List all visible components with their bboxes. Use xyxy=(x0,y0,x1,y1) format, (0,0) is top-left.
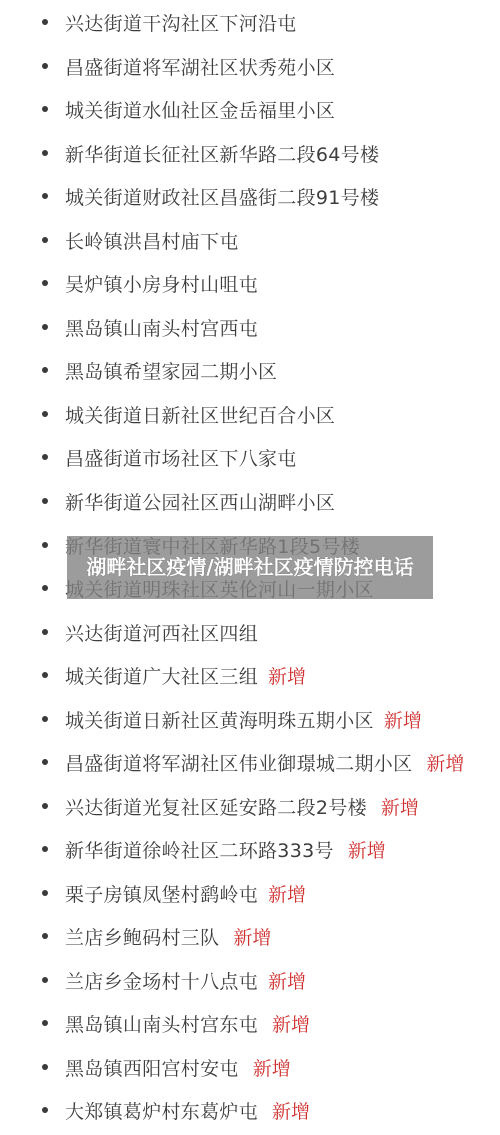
new-badge: 新增 xyxy=(268,880,306,907)
list-item-text: 兴达街道光复社区延安路二段2号楼 xyxy=(65,793,367,820)
bullet-icon xyxy=(42,672,48,678)
list-item-text: 兰店乡金场村十八点屯 xyxy=(65,967,258,994)
bullet-icon xyxy=(42,977,48,983)
list-item: 栗子房镇凤堡村鹞岭屯新增 xyxy=(40,878,306,908)
list-item: 兴达街道光复社区延安路二段2号楼新增 xyxy=(40,791,419,821)
bullet-icon xyxy=(42,193,48,199)
list-item-text: 黑岛镇西阳宫村安屯 xyxy=(65,1054,239,1081)
list-item: 昌盛街道将军湖社区状秀苑小区 xyxy=(40,51,335,81)
list-item: 城关街道广大社区三组新增 xyxy=(40,660,306,690)
bullet-icon xyxy=(42,542,48,548)
bullet-icon xyxy=(42,890,48,896)
list-item-text: 长岭镇洪昌村庙下屯 xyxy=(65,227,239,254)
bullet-icon xyxy=(42,367,48,373)
list-item-text: 新华街道公园社区西山湖畔小区 xyxy=(65,488,335,515)
bullet-icon xyxy=(42,933,48,939)
list-item-text: 城关街道广大社区三组 xyxy=(65,662,258,689)
list-item-text: 兴达街道干沟社区下河沿屯 xyxy=(65,9,297,36)
list-item: 黑岛镇山南头村宫西屯 xyxy=(40,312,258,342)
list-item: 吴炉镇小房身村山咀屯 xyxy=(40,268,258,298)
bullet-icon xyxy=(42,629,48,635)
list-item-text: 城关街道日新社区世纪百合小区 xyxy=(65,401,335,428)
list-item: 兴达街道河西社区四组 xyxy=(40,617,258,647)
list-item-text: 栗子房镇凤堡村鹞岭屯 xyxy=(65,880,258,907)
list-item: 昌盛街道市场社区下八家屯 xyxy=(40,442,297,472)
list-item-text: 黑岛镇山南头村宫西屯 xyxy=(65,314,258,341)
new-badge: 新增 xyxy=(348,836,386,863)
bullet-icon xyxy=(42,280,48,286)
bullet-icon xyxy=(42,19,48,25)
list-item: 兰店乡鲍码村三队新增 xyxy=(40,921,271,951)
bullet-icon xyxy=(42,106,48,112)
list-item-text: 城关街道水仙社区金岳福里小区 xyxy=(65,96,335,123)
new-badge: 新增 xyxy=(426,749,464,776)
new-badge: 新增 xyxy=(384,706,422,733)
list-item-text: 昌盛街道将军湖社区状秀苑小区 xyxy=(65,53,335,80)
bullet-icon xyxy=(42,411,48,417)
new-badge: 新增 xyxy=(272,1010,310,1037)
list-item: 兴达街道干沟社区下河沿屯 xyxy=(40,7,297,37)
overlay-title: 湖畔社区疫情/湖畔社区疫情防控电话 xyxy=(80,555,420,580)
bullet-icon xyxy=(42,846,48,852)
bullet-icon xyxy=(42,454,48,460)
bullet-icon xyxy=(42,1064,48,1070)
list-item-text: 黑岛镇希望家园二期小区 xyxy=(65,357,277,384)
bullet-icon xyxy=(42,498,48,504)
new-badge: 新增 xyxy=(272,1097,310,1124)
list-item-text: 大郑镇葛炉村东葛炉屯 xyxy=(65,1097,258,1124)
list-item-text: 黑岛镇山南头村宫东屯 xyxy=(65,1010,258,1037)
list-item: 黑岛镇山南头村宫东屯新增 xyxy=(40,1008,310,1038)
new-badge: 新增 xyxy=(268,967,306,994)
new-badge: 新增 xyxy=(233,923,271,950)
list-item: 黑岛镇希望家园二期小区 xyxy=(40,355,277,385)
list-item-text: 新华街道徐岭社区二环路333号 xyxy=(65,836,334,863)
new-badge: 新增 xyxy=(381,793,419,820)
list-item: 昌盛街道将军湖社区伟业御璟城二期小区新增 xyxy=(40,747,464,777)
list-item: 新华街道长征社区新华路二段64号楼 xyxy=(40,138,379,168)
new-badge: 新增 xyxy=(268,662,306,689)
list-item: 城关街道财政社区昌盛街二段91号楼 xyxy=(40,181,379,211)
list-item: 长岭镇洪昌村庙下屯 xyxy=(40,225,239,255)
list-item: 城关街道日新社区世纪百合小区 xyxy=(40,399,335,429)
bullet-icon xyxy=(42,585,48,591)
new-badge: 新增 xyxy=(253,1054,291,1081)
list-item: 新华街道徐岭社区二环路333号新增 xyxy=(40,834,386,864)
list-item-text: 兴达街道河西社区四组 xyxy=(65,619,258,646)
title-overlay: 湖畔社区疫情/湖畔社区疫情防控电话 xyxy=(67,536,433,599)
bullet-icon xyxy=(42,759,48,765)
list-item: 新华街道公园社区西山湖畔小区 xyxy=(40,486,335,516)
list-item-text: 新华街道长征社区新华路二段64号楼 xyxy=(65,140,379,167)
list-item-text: 兰店乡鲍码村三队 xyxy=(65,923,219,950)
list-item: 大郑镇葛炉村东葛炉屯新增 xyxy=(40,1095,310,1125)
list-item: 城关街道水仙社区金岳福里小区 xyxy=(40,94,335,124)
bullet-icon xyxy=(42,63,48,69)
bullet-icon xyxy=(42,1107,48,1113)
bullet-icon xyxy=(42,716,48,722)
bullet-icon xyxy=(42,1020,48,1026)
list-item-text: 吴炉镇小房身村山咀屯 xyxy=(65,270,258,297)
bullet-icon xyxy=(42,150,48,156)
bullet-icon xyxy=(42,803,48,809)
list-item: 兰店乡金场村十八点屯新增 xyxy=(40,965,306,995)
bullet-icon xyxy=(42,237,48,243)
list-item-text: 城关街道日新社区黄海明珠五期小区 xyxy=(65,706,374,733)
list-item-text: 昌盛街道将军湖社区伟业御璟城二期小区 xyxy=(65,749,412,776)
list-item: 黑岛镇西阳宫村安屯新增 xyxy=(40,1052,291,1082)
list-item-text: 昌盛街道市场社区下八家屯 xyxy=(65,444,297,471)
list-item-text: 城关街道财政社区昌盛街二段91号楼 xyxy=(65,183,379,210)
list-item: 城关街道日新社区黄海明珠五期小区新增 xyxy=(40,704,422,734)
bullet-icon xyxy=(42,324,48,330)
